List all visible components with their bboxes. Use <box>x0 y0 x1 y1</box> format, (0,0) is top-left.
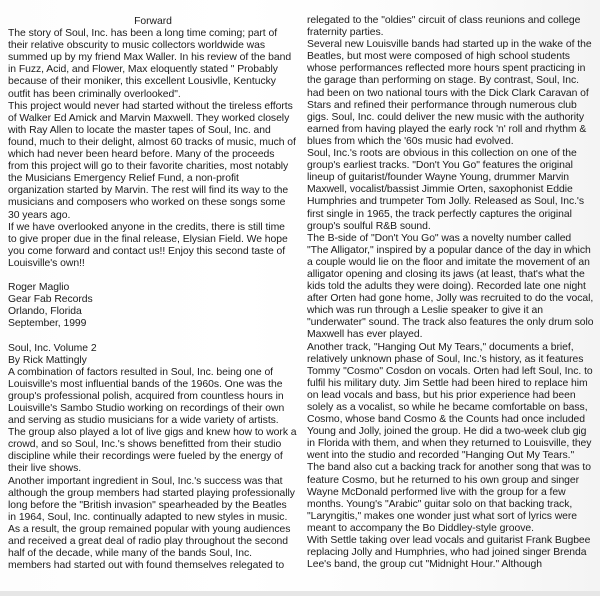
text-line: the garage than performing on stage. By … <box>307 75 597 87</box>
text-line: solely as a vocalist, so while he became… <box>307 402 597 414</box>
text-line: As a result, the group remained popular … <box>8 524 298 536</box>
text-line: discipline while their recordings were f… <box>8 451 298 463</box>
spacer <box>8 330 298 342</box>
article-byline: By Rick Mattingly <box>8 355 298 367</box>
text-line: The band also cut a backing track for an… <box>307 462 597 474</box>
article-paragraph: Another important ingredient in Soul, In… <box>8 476 298 573</box>
article-paragraph: Several new Louisville bands had started… <box>307 39 597 148</box>
text-line: after Orten had gone home, Jolly was rec… <box>307 293 597 305</box>
text-line: half of the decade, while many of the ba… <box>8 548 298 560</box>
forward-paragraph: The story of Soul, Inc. has been a long … <box>8 28 298 101</box>
article-paragraph: relegated to the "oldies" circuit of cla… <box>307 15 597 39</box>
text-line: you come forward and contact us!! Enjoy … <box>8 246 298 258</box>
signature-name: Roger Maglio <box>8 282 298 294</box>
article-paragraph: The band also cut a backing track for an… <box>307 462 597 535</box>
text-line: summed up by my friend Max Waller. In hi… <box>8 52 298 64</box>
text-line: because of their moniker, this excellent… <box>8 76 298 88</box>
text-line: kids told the adults they were doing). R… <box>307 281 597 293</box>
text-line: had been on two national tours with the … <box>307 88 597 100</box>
text-line: went into the studio and recorded "Hangi… <box>307 450 597 462</box>
article-title: Soul, Inc. Volume 2 <box>8 343 298 355</box>
text-line: a couple would lie on the floor and imit… <box>307 257 597 269</box>
signature-company: Gear Fab Records <box>8 294 298 306</box>
article-paragraph: The B-side of "Don't You Go" was a novel… <box>307 233 597 342</box>
text-line: If we have overlooked anyone in the cred… <box>8 222 298 234</box>
text-line: With Settle taking over lead vocals and … <box>307 535 597 547</box>
text-line: earned from having played the early rock… <box>307 124 597 136</box>
text-line: "underwater" sound. The track also featu… <box>307 317 597 329</box>
signature-block: Roger Maglio Gear Fab Records Orlando, F… <box>8 282 298 330</box>
article-paragraph: With Settle taking over lead vocals and … <box>307 535 597 571</box>
text-line: "Laryngitis," makes one wonder just what… <box>307 511 597 523</box>
text-line: to give proper due in the final release,… <box>8 234 298 246</box>
text-line: their relative obscurity to music collec… <box>8 40 298 52</box>
article-paragraph: A combination of factors resulted in Sou… <box>8 367 298 476</box>
text-line: 30 years ago. <box>8 210 298 222</box>
text-line: and serving as studio musicians for a wi… <box>8 415 298 427</box>
text-line: replacing Jolly and Humphries, who had j… <box>307 547 597 559</box>
text-line: long before the "British invasion" spear… <box>8 500 298 512</box>
text-line: group's earliest tracks. "Don't You Go" … <box>307 160 597 172</box>
text-line: outfit has been criminally overlooked". <box>8 89 298 101</box>
text-line: found, much to their delight, almost 60 … <box>8 137 298 149</box>
text-line: although the group members had started p… <box>8 488 298 500</box>
text-line: Another important ingredient in Soul, In… <box>8 476 298 488</box>
signature-location: Orlando, Florida <box>8 306 298 318</box>
text-line: Maxwell has ever played. <box>307 329 597 341</box>
text-line: organization started by Marvin. The rest… <box>8 185 298 197</box>
text-line: group's professional polish, acquired fr… <box>8 391 298 403</box>
text-line: Maxwell, vocalist/bassist Jimmie Orten, … <box>307 184 597 196</box>
text-line: Several new Louisville bands had started… <box>307 39 597 51</box>
text-line: with Ray Allen to locate the master tape… <box>8 125 298 137</box>
text-line: in Fuzz, Acid, and Flower, Max eloquentl… <box>8 64 298 76</box>
text-line: Cosmo, whose band Cosmo & the Counts had… <box>307 414 597 426</box>
page-bottom-edge <box>0 591 600 596</box>
article-paragraph: Another track, "Hanging Out My Tears," d… <box>307 342 597 463</box>
text-line: and received a great deal of radio play … <box>8 536 298 548</box>
right-column: relegated to the "oldies" circuit of cla… <box>307 15 597 571</box>
text-line: which was run through a Leslie speaker t… <box>307 305 597 317</box>
text-line: Humphries and trumpeter Tom Jolly. Relea… <box>307 196 597 208</box>
text-line: Beatles, but most were composed of high … <box>307 51 597 63</box>
text-line: in Florida with them, and when they retu… <box>307 438 597 450</box>
text-line: whose performances reflected more hours … <box>307 63 597 75</box>
text-line: "The Alligator," inspired by a popular d… <box>307 245 597 257</box>
text-line: Louisville's most influential bands of t… <box>8 379 298 391</box>
text-line: This project would never had started wit… <box>8 101 298 113</box>
text-line: group's soulful R&B sound. <box>307 221 597 233</box>
text-line: members had started out with found thems… <box>8 560 298 572</box>
text-line: from this project will go to their favor… <box>8 161 298 173</box>
text-line: feature Cosmo, but he returned to his ow… <box>307 475 597 487</box>
signature-date: September, 1999 <box>8 318 298 330</box>
text-line: relatively unknown phase of Soul, Inc.'s… <box>307 354 597 366</box>
text-line: lineup of guitarist/founder Wayne Young,… <box>307 172 597 184</box>
text-line: their live shows. <box>8 463 298 475</box>
text-line: musicians and composers who worked on th… <box>8 197 298 209</box>
spacer <box>8 270 298 282</box>
text-line: A combination of factors resulted in Sou… <box>8 367 298 379</box>
text-line: months. Young's "Arabic" guitar solo on … <box>307 499 597 511</box>
text-line: Soul, Inc.'s roots are obvious in this c… <box>307 148 597 160</box>
text-line: The B-side of "Don't You Go" was a novel… <box>307 233 597 245</box>
text-line: The group also played a lot of live gigs… <box>8 427 298 439</box>
text-line: Tommy "Cosmo" Cosdon on vocals. Orten ha… <box>307 366 597 378</box>
text-line: which had never been heard before. Many … <box>8 149 298 161</box>
text-line: meant to accompany the Bo Diddley-style … <box>307 523 597 535</box>
text-line: fulfil his military duty. Jim Settle had… <box>307 378 597 390</box>
text-line: crowd, and so Soul, Inc.'s shows benefit… <box>8 439 298 451</box>
text-line: Young and Jolly, joined the group. He di… <box>307 426 597 438</box>
text-line: on lead vocals and bass, but his prior e… <box>307 390 597 402</box>
text-line: gigs. Soul, Inc. could deliver the new m… <box>307 112 597 124</box>
forward-title: Forward <box>8 16 298 28</box>
forward-paragraph: This project would never had started wit… <box>8 101 298 222</box>
text-line: The story of Soul, Inc. has been a long … <box>8 28 298 40</box>
article-paragraph: Soul, Inc.'s roots are obvious in this c… <box>307 148 597 233</box>
text-line: alligator opening and closing its jaws (… <box>307 269 597 281</box>
text-line: first single in 1965, the track perfectl… <box>307 209 597 221</box>
text-line: relegated to the "oldies" circuit of cla… <box>307 15 597 27</box>
forward-paragraph: If we have overlooked anyone in the cred… <box>8 222 298 270</box>
text-line: in 1964, Soul, Inc. continually adapted … <box>8 512 298 524</box>
left-column: Forward The story of Soul, Inc. has been… <box>8 16 298 572</box>
text-line: Another track, "Hanging Out My Tears," d… <box>307 342 597 354</box>
text-line: Wayne McDonald performed live with the g… <box>307 487 597 499</box>
text-line: Louisville's own!! <box>8 258 298 270</box>
text-line: of Walker Ed Amick and Marvin Maxwell. T… <box>8 113 298 125</box>
text-line: blues from which the '60s music had evol… <box>307 136 597 148</box>
booklet-page: Forward The story of Soul, Inc. has been… <box>0 0 600 596</box>
text-line: Louisville's Sambo Studio working on rec… <box>8 403 298 415</box>
text-line: fraternity parties. <box>307 27 597 39</box>
text-line: Stars and refined their performance thro… <box>307 100 597 112</box>
text-line: the Musicians Emergency Relief Fund, a n… <box>8 173 298 185</box>
text-line: Lee's band, the group cut "Midnight Hour… <box>307 559 597 571</box>
